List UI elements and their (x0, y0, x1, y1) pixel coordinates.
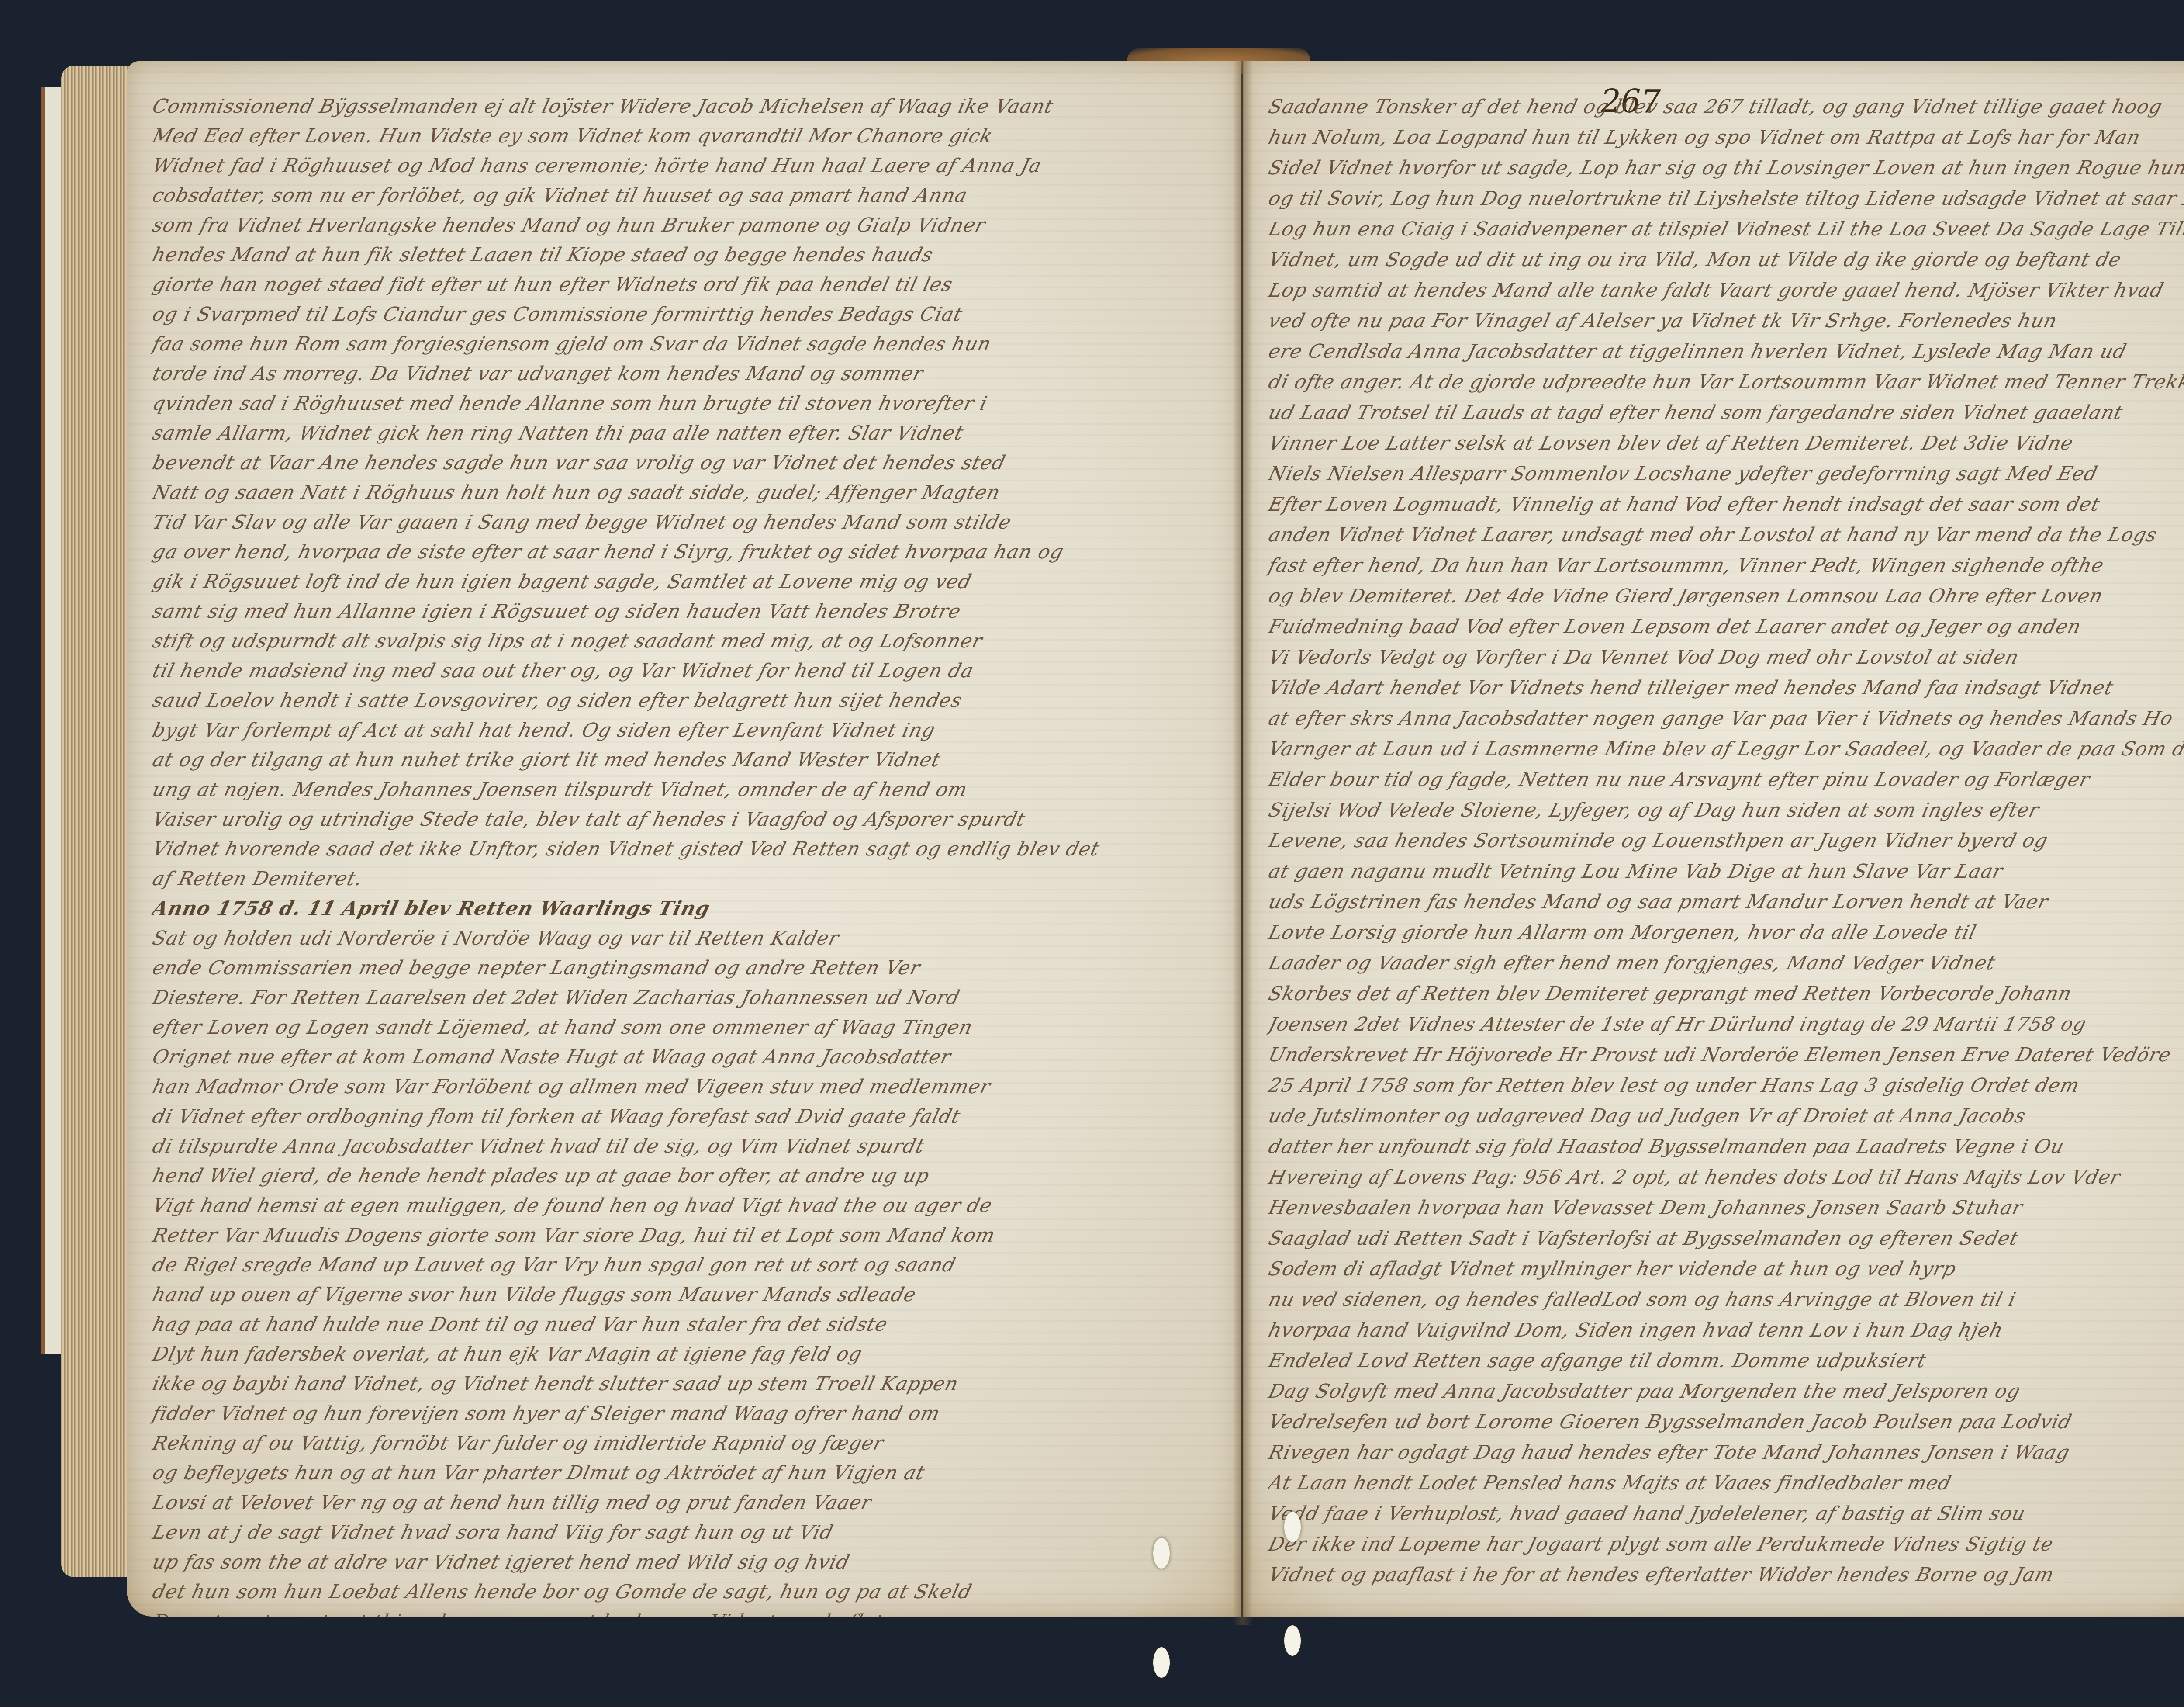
handwritten-line: Varnger at Laun ud i Lasmnerne Mine blev… (1265, 734, 2184, 765)
handwritten-line: di tilspurdte Anna Jacobsdatter Vidnet h… (149, 1132, 1223, 1161)
handwritten-line: Anno 1758 d. 11 April blev Retten Waarli… (149, 894, 1223, 924)
handwritten-line: Saaglad udi Retten Sadt i Vafsterlofsi a… (1265, 1223, 2184, 1254)
handwritten-line: uds Lögstrinen fas hendes Mand og saa pm… (1265, 887, 2184, 918)
handwritten-line: ung at nojen. Mendes Johannes Joensen ti… (149, 775, 1223, 805)
handwritten-line: til hende madsiend ing med saa out ther … (149, 656, 1223, 686)
handwritten-line: Orignet nue efter at kom Lomand Naste Hu… (149, 1042, 1223, 1072)
binding-hole (1284, 1512, 1301, 1542)
handwritten-line: stift og udspurndt alt svalpis sig lips … (149, 627, 1223, 656)
handwritten-line: At Laan hendt Lodet Pensled hans Majts a… (1265, 1468, 2184, 1499)
handwritten-line: Diestere. For Retten Laarelsen det 2det … (149, 983, 1223, 1013)
handwritten-line: hvorpaa hand Vuigvilnd Dom, Siden ingen … (1265, 1315, 2184, 1346)
handwritten-line: cobsdatter, som nu er forlöbet, og gik V… (149, 181, 1223, 211)
handwritten-line: Tid Var Slav og alle Var gaaen i Sang me… (149, 508, 1223, 537)
handwritten-line: Natt og saaen Natt i Röghuus hun holt hu… (149, 478, 1223, 508)
handwritten-line: Hvereing af Lovens Pag: 956 Art. 2 opt, … (1265, 1162, 2184, 1193)
handwritten-line: Sidel Vidnet hvorfor ut sagde, Lop har s… (1265, 153, 2184, 184)
handwritten-line: Lop samtid at hendes Mand alle tanke fal… (1265, 275, 2184, 306)
handwritten-line: og blev Demiteret. Det 4de Vidne Gierd J… (1265, 581, 2184, 612)
handwritten-line: di Vidnet efter ordbogning flom til fork… (149, 1102, 1223, 1132)
handwritten-line: Dag ut sagt nomt yat thi og hug paa vaog… (149, 1607, 1223, 1617)
handwritten-line: Vilde Adart hendet Vor Vidnets hend till… (1265, 673, 2184, 703)
handwritten-line: Vigt hand hemsi at egen muliggen, de fou… (149, 1191, 1223, 1221)
handwritten-line: giorte han noget staed fidt efter ut hun… (149, 270, 1223, 300)
handwritten-line: ikke og baybi hand Vidnet, og Vidnet hen… (149, 1369, 1223, 1399)
handwritten-line: gik i Rögsuuet loft ind de hun igien bag… (149, 567, 1223, 597)
handwritten-line: Levn at j de sagt Vidnet hvad sora hand … (149, 1518, 1223, 1548)
left-page: Commissionend Bÿgsselmanden ej alt loÿst… (127, 61, 1241, 1617)
handwritten-line: faa some hun Rom sam forgiesgiensom gjel… (149, 329, 1223, 359)
handwritten-line: Vaiser urolig og utrindige Stede tale, b… (149, 805, 1223, 834)
handwritten-line: at gaen naganu mudlt Vetning Lou Mine Va… (1265, 856, 2184, 887)
handwritten-line: Niels Nielsen Allesparr Sommenlov Locsha… (1265, 459, 2184, 489)
handwritten-line: Saadanne Tonsker af det hend og blev saa… (1265, 92, 2184, 122)
handwritten-line: Commissionend Bÿgsselmanden ej alt loÿst… (149, 92, 1223, 121)
handwritten-line: nu ved sidenen, og hendes falledLod som … (1265, 1285, 2184, 1315)
handwritten-line: ere Cendlsda Anna Jacobsdatter at tiggel… (1265, 336, 2184, 367)
handwritten-line: hun Nolum, Loa Logpand hun til Lykken og… (1265, 122, 2184, 153)
handwritten-line: Retter Var Muudis Dogens giorte som Var … (149, 1221, 1223, 1250)
book-cover-left-edge (41, 87, 62, 1354)
handwritten-line: hag paa at hand hulde nue Dont til og nu… (149, 1310, 1223, 1340)
handwritten-line: Laader og Vaader sigh efter hend men for… (1265, 948, 2184, 979)
handwritten-line: ved ofte nu paa For Vinagel af Alelser y… (1265, 306, 2184, 336)
handwritten-line: Levene, saa hendes Sortsouminde og Louen… (1265, 826, 2184, 856)
handwritten-line: hend Wiel gierd, de hende hendt plades u… (149, 1161, 1223, 1191)
handwritten-line: up fas som the at aldre var Vidnet igjer… (149, 1548, 1223, 1577)
handwritten-line: datter her unfoundt sig fold Haastod Byg… (1265, 1132, 2184, 1162)
handwritten-line: anden Vidnet Vidnet Laarer, undsagt med … (1265, 520, 2184, 551)
handwritten-line: efter Loven og Logen sandt Löjemed, at h… (149, 1013, 1223, 1042)
handwritten-line: han Madmor Orde som Var Forlöbent og all… (149, 1072, 1223, 1102)
handwritten-line: samle Allarm, Widnet gick hen ring Natte… (149, 419, 1223, 448)
handwritten-line: torde ind As morreg. Da Vidnet var udvan… (149, 359, 1223, 389)
handwritten-line: de Rigel sregde Mand up Lauvet og Var Vr… (149, 1250, 1223, 1280)
right-page: 267 Saadanne Tonsker af det hend og blev… (1243, 61, 2184, 1617)
handwritten-line: det hun som hun Loebat Allens hende bor … (149, 1577, 1223, 1607)
handwritten-line: Rekning af ou Vattig, fornöbt Var fulder… (149, 1429, 1223, 1458)
handwritten-line: ud Laad Trotsel til Lauds at tagd efter … (1265, 398, 2184, 428)
handwritten-line: Vidnet hvorende saad det ikke Unftor, si… (149, 834, 1223, 864)
handwritten-line: og befleygets hun og at hun Var pharter … (149, 1458, 1223, 1488)
handwritten-line: Elder bour tid og fagde, Netten nu nue A… (1265, 765, 2184, 795)
handwritten-line: Sijelsi Wod Velede Sloiene, Lyfeger, og … (1265, 795, 2184, 826)
handwritten-line: saud Loelov hendt i satte Lovsgovirer, o… (149, 686, 1223, 716)
handwritten-line: Vedrelsefen ud bort Lorome Gioeren Bygss… (1265, 1407, 2184, 1437)
handwritten-line: og i Svarpmed til Lofs Ciandur ges Commi… (149, 300, 1223, 329)
handwritten-line: Vidnet og paaflast i he for at hendes ef… (1265, 1560, 2184, 1590)
handwritten-line: di ofte anger. At de gjorde udpreedte hu… (1265, 367, 2184, 398)
handwritten-line: 25 April 1758 som for Retten blev lest o… (1265, 1070, 2184, 1101)
handwritten-line: Joensen 2det Vidnes Attester de 1ste af … (1265, 1009, 2184, 1040)
handwritten-line: af Retten Demiteret. (149, 864, 1223, 894)
handwritten-line: hand up ouen af Vigerne svor hun Vilde f… (149, 1280, 1223, 1310)
handwritten-line: ude Jutslimonter og udagreved Dag ud Jud… (1265, 1101, 2184, 1132)
handwritten-line: Skorbes det af Retten blev Demiteret gep… (1265, 979, 2184, 1009)
handwritten-line: fast efter hend, Da hun han Var Lortsoum… (1265, 551, 2184, 581)
handwritten-line: Lovsi at Velovet Ver ng og at hend hun t… (149, 1488, 1223, 1518)
handwritten-line: Efter Loven Logmuadt, Vinnelig at hand V… (1265, 489, 2184, 520)
handwritten-line: Lovte Lorsig giorde hun Allarm om Morgen… (1265, 918, 2184, 948)
handwritten-line: og til Sovir, Log hun Dog nuelortrukne t… (1265, 184, 2184, 214)
handwritten-line: qvinden sad i Röghuuset med hende Allann… (149, 389, 1223, 419)
handwritten-line: at efter skrs Anna Jacobsdatter nogen ga… (1265, 703, 2184, 734)
handwritten-line: at og der tilgang at hun nuhet trike gio… (149, 745, 1223, 775)
handwritten-line: Dlyt hun fadersbek overlat, at hun ejk V… (149, 1340, 1223, 1369)
handwritten-line: Vi Vedorls Vedgt og Vorfter i Da Vennet … (1265, 642, 2184, 673)
page-block-left (61, 66, 131, 1577)
binding-hole (1153, 1647, 1170, 1678)
handwritten-line: Sat og holden udi Norderöe i Nordöe Waag… (149, 924, 1223, 953)
right-page-text: Saadanne Tonsker af det hend og blev saa… (1269, 92, 2184, 1590)
left-page-text: Commissionend Bÿgsselmanden ej alt loÿst… (153, 92, 1219, 1617)
handwritten-line: Underskrevet Hr Höjvorede Hr Provst udi … (1265, 1040, 2184, 1070)
handwritten-line: Log hun ena Ciaig i Saaidvenpener at til… (1265, 214, 2184, 245)
handwritten-line: samt sig med hun Allanne igien i Rögsuue… (149, 597, 1223, 627)
handwritten-line: Med Eed efter Loven. Hun Vidste ey som V… (149, 121, 1223, 151)
handwritten-line: Widnet fad i Röghuuset og Mod hans cerem… (149, 151, 1223, 181)
handwritten-line: Endeled Lovd Retten sage afgange til dom… (1265, 1346, 2184, 1376)
handwritten-line: Vinner Loe Latter selsk at Lovsen blev d… (1265, 428, 2184, 459)
handwritten-line: ende Commissarien med begge nepter Langt… (149, 953, 1223, 983)
binding-hole (1284, 1625, 1301, 1656)
handwritten-line: Sodem di afladgt Vidnet myllninger her v… (1265, 1254, 2184, 1285)
handwritten-line: Fuidmedning baad Vod efter Loven Lepsom … (1265, 612, 2184, 642)
handwritten-line: fidder Vidnet og hun forevijen som hyer … (149, 1399, 1223, 1429)
handwritten-line: ga over hend, hvorpaa de siste efter at … (149, 537, 1223, 567)
binding-hole (1153, 1538, 1170, 1569)
handwritten-line: Henvesbaalen hvorpaa han Vdevasset Dem J… (1265, 1193, 2184, 1223)
handwritten-line: bygt Var forlempt af Act at sahl hat hen… (149, 716, 1223, 745)
open-book: Commissionend Bÿgsselmanden ej alt loÿst… (44, 48, 2184, 1643)
handwritten-line: Rivegen har ogdagt Dag haud hendes efter… (1265, 1437, 2184, 1468)
handwritten-line: bevendt at Vaar Ane hendes sagde hun var… (149, 448, 1223, 478)
handwritten-line: Dag Solgvft med Anna Jacobsdatter paa Mo… (1265, 1376, 2184, 1407)
handwritten-line: Der ikke ind Lopeme har Jogaart plygt so… (1265, 1529, 2184, 1560)
handwritten-line: Vidnet, um Sogde ud dit ut ing ou ira Vi… (1265, 245, 2184, 275)
handwritten-line: Vedd faae i Verhuplost, hvad gaaed hand … (1265, 1499, 2184, 1529)
handwritten-line: hendes Mand at hun fik slettet Laaen til… (149, 240, 1223, 270)
handwritten-line: som fra Vidnet Hverlangske hendes Mand o… (149, 211, 1223, 240)
book-gutter (1233, 61, 1253, 1625)
